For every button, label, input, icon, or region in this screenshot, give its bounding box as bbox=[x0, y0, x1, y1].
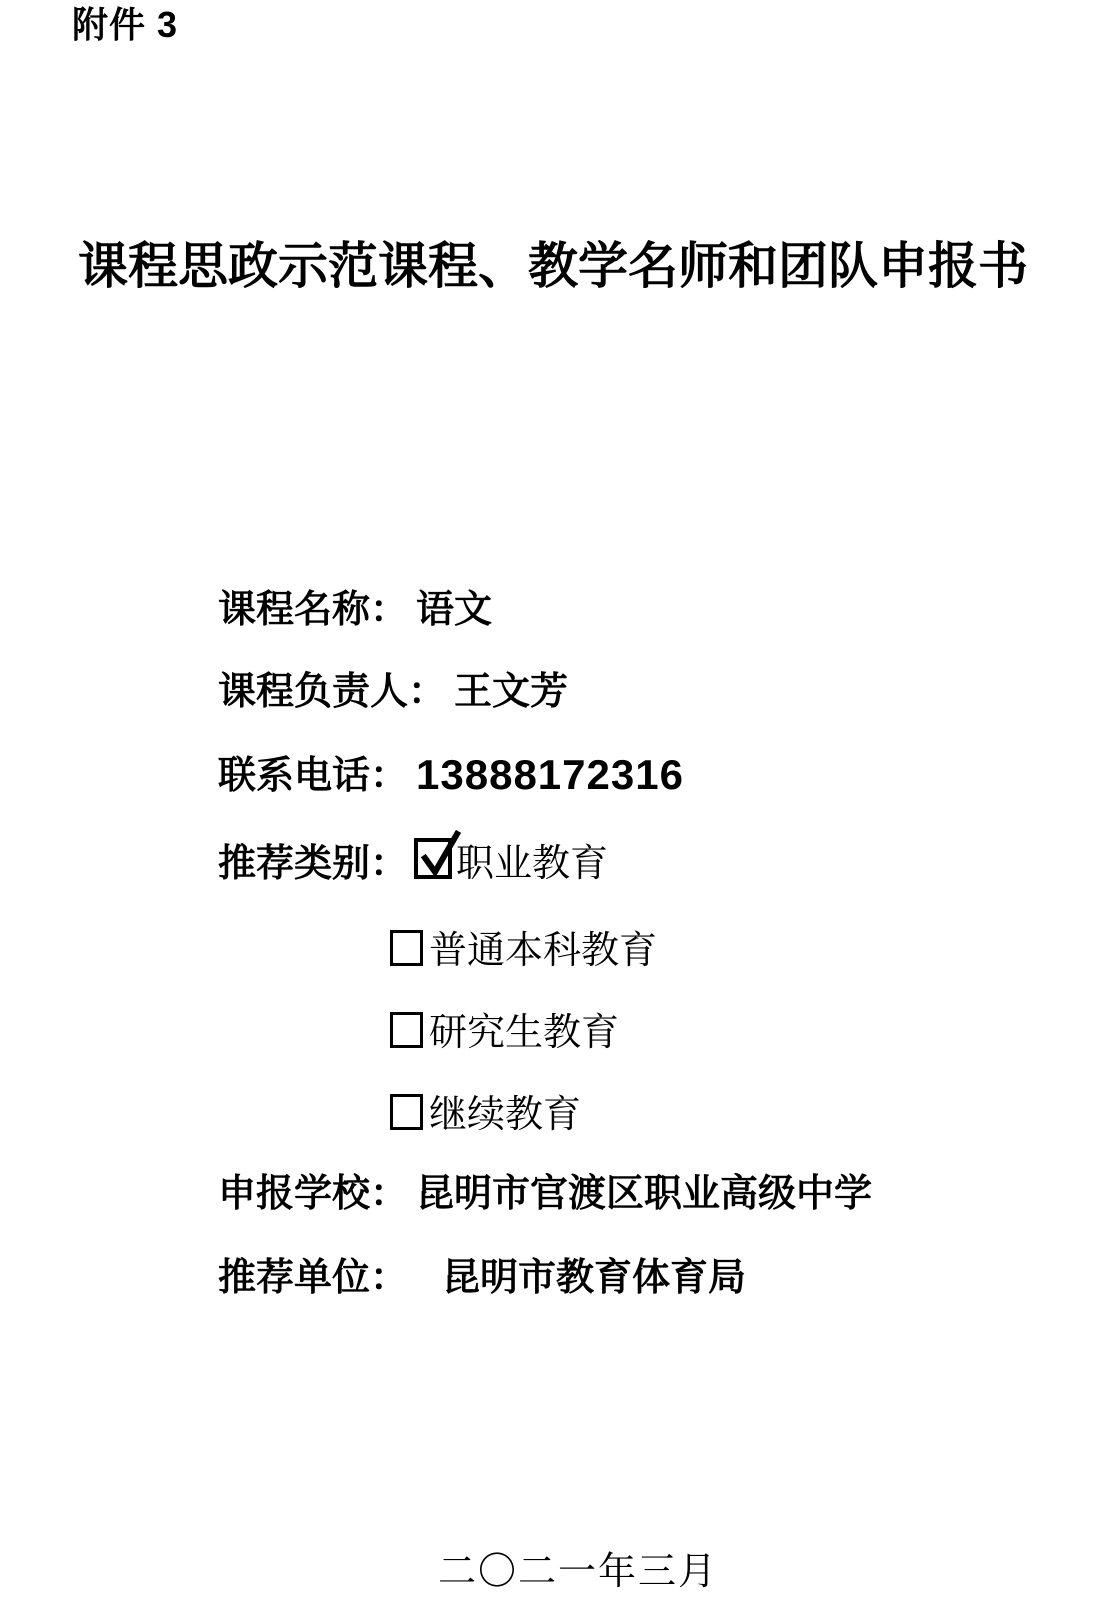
document-page: 附件 3 课程思政示范课程、教学名师和团队申报书 课程名称：语文 课程负责人：王… bbox=[0, 0, 1106, 1599]
course-name-value: 语文 bbox=[416, 589, 492, 631]
recommend-category-label: 推荐类别： bbox=[218, 843, 408, 885]
field-recommend-category: 推荐类别：职业教育 bbox=[218, 838, 608, 886]
recommending-unit-value: 昆明市教育体育局 bbox=[442, 1257, 746, 1299]
checkbox-unchecked-icon[interactable] bbox=[390, 1012, 423, 1048]
document-title: 课程思政示范课程、教学名师和团队申报书 bbox=[0, 236, 1106, 296]
attachment-label: 附件 3 bbox=[72, 4, 178, 45]
applying-school-value: 昆明市官渡区职业高级中学 bbox=[416, 1173, 872, 1215]
checkbox-checked-icon[interactable] bbox=[414, 838, 452, 879]
category-option-vocational: 职业教育 bbox=[456, 843, 608, 885]
field-applying-school: 申报学校：昆明市官渡区职业高级中学 bbox=[218, 1174, 872, 1216]
check-mark-icon bbox=[415, 828, 461, 882]
recommending-unit-label: 推荐单位： bbox=[218, 1257, 408, 1299]
category-option-undergraduate: 普通本科教育 bbox=[429, 930, 657, 972]
category-row-continuing: 继续教育 bbox=[390, 1094, 581, 1137]
contact-phone-label: 联系电话： bbox=[218, 755, 408, 797]
course-leader-value: 王文芳 bbox=[454, 671, 568, 713]
field-contact-phone: 联系电话：13888172316 bbox=[218, 752, 684, 798]
field-recommending-unit: 推荐单位：昆明市教育体育局 bbox=[218, 1258, 746, 1300]
category-row-postgraduate: 研究生教育 bbox=[390, 1012, 619, 1055]
category-option-continuing: 继续教育 bbox=[429, 1094, 581, 1136]
field-course-leader: 课程负责人：王文芳 bbox=[218, 672, 568, 714]
course-name-label: 课程名称： bbox=[218, 589, 408, 631]
applying-school-label: 申报学校： bbox=[218, 1173, 408, 1215]
field-course-name: 课程名称：语文 bbox=[218, 590, 492, 632]
document-date: 二〇二一年三月 bbox=[50, 1540, 1106, 1595]
checkbox-unchecked-icon[interactable] bbox=[390, 930, 423, 966]
course-leader-label: 课程负责人： bbox=[218, 671, 446, 713]
category-option-postgraduate: 研究生教育 bbox=[429, 1012, 619, 1054]
contact-phone-value: 13888172316 bbox=[416, 751, 684, 798]
category-row-undergraduate: 普通本科教育 bbox=[390, 930, 657, 973]
checkbox-unchecked-icon[interactable] bbox=[390, 1094, 423, 1130]
